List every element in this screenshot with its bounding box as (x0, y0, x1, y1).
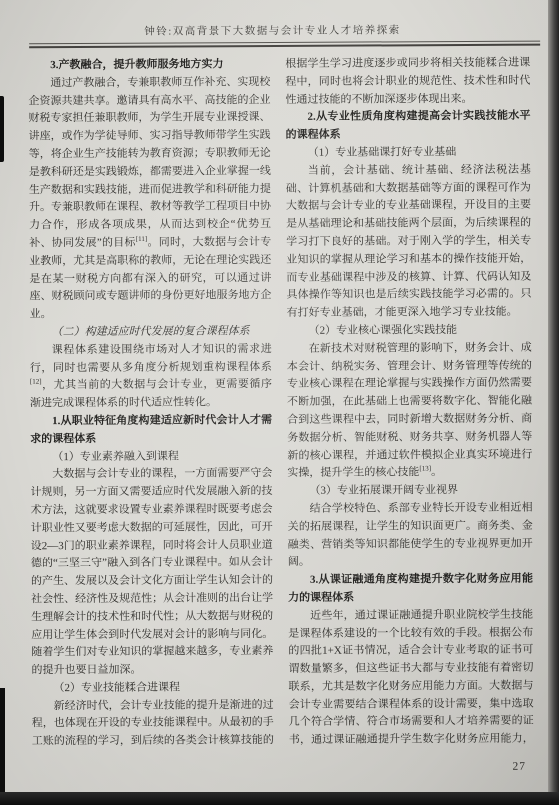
paragraph: （二）构建适应时代发展的复合课程体系 (30, 323, 272, 342)
running-head-title: 钟铃:双高背景下大数据与会计专业人才培养探索 (0, 0, 547, 39)
scan-edge-bottom (0, 792, 559, 805)
paragraph: （1）专业基础课打好专业基础 (286, 144, 531, 163)
paragraph: 当前，会计基础、统计基础、经济法税法基础、计算机基础和大数据基础等方面的课程可作… (286, 161, 532, 322)
scan-edge-right (548, 0, 559, 805)
paragraph: 课程体系建设围绕市场对人才知识的需求进行，同时也需要从多角度分析规划重构课程体系… (30, 341, 272, 413)
paper-page: 钟铃:双高背景下大数据与会计专业人才培养探索 3.产教融合，提升教师服务地方实力… (0, 0, 549, 793)
paragraph: 近些年，通过课证融通提升职业院校学生技能是课程体系建设的一个比较有效的手段。根据… (288, 606, 534, 750)
citation-marker: [13] (419, 465, 431, 473)
column-right: 根据学生学习进度逐步或同步将相关技能糅合进课程中，同时也将会计职业的规范性、技术… (285, 55, 534, 750)
paragraph: 大数据与会计专业的课程，一方面需要严守会计规则，另一方面又需要适应时代发展融入新… (30, 465, 273, 680)
paragraph: 结合学校特色、系部专业特长开设专业相近相关的拓展课程，让学生的知识面更广。商务类… (288, 500, 533, 572)
scanned-journal-page: { "header": { "running_title": "钟铃:双高背景下… (0, 0, 559, 805)
scan-edge-mark-bottom (0, 688, 5, 805)
paragraph: 通过产教融合，专兼职教师互作补充、实现校企资源共建共享。邀请具有高水平、高技能的… (28, 74, 271, 324)
paragraph: （2）专业核心课强化实践技能 (287, 322, 532, 341)
page-content: 钟铃:双高背景下大数据与会计专业人才培养探索 3.产教融合，提升教师服务地方实力… (0, 0, 549, 793)
paragraph: 2.从专业性质角度构建提高会计实践技能水平的课程体系 (285, 108, 530, 145)
paragraph: （1）专业素养融入到课程 (30, 448, 272, 467)
page-number: 27 (512, 761, 526, 773)
paragraph: 1.从职业特征角度构建适应新时代会计人才需求的课程体系 (30, 412, 272, 449)
citation-marker: [12] (30, 378, 42, 386)
paragraph: 根据学生学习进度逐步或同步将相关技能糅合进课程中，同时也将会计职业的规范性、技术… (285, 55, 530, 110)
scan-edge-mark-top (0, 96, 4, 162)
paragraph: （3）专业拓展课开阔专业视界 (287, 482, 532, 501)
column-left: 3.产教融合，提升教师服务地方实力通过产教融合，专兼职教师互作补充、实现校企资源… (28, 56, 274, 751)
two-column-text: 3.产教融合，提升教师服务地方实力通过产教融合，专兼职教师互作补充、实现校企资源… (0, 46, 549, 752)
paragraph: 3.产教融合，提升教师服务地方实力 (28, 56, 270, 75)
paragraph: 新经济时代，会计专业技能的提升是渐进的过程，也体现在开设的专业技能课程中。从最初… (32, 697, 274, 752)
paragraph: 3.从课证融通角度构建提升数字化财务应用能力的课程体系 (288, 571, 533, 608)
citation-marker: [11] (136, 235, 147, 243)
paragraph: 在新技术对财税管理的影响下，财务会计、成本会计、纳税实务、管理会计、财务管理等传… (287, 339, 533, 483)
paragraph: （2）专业技能糅合进课程 (31, 679, 273, 698)
